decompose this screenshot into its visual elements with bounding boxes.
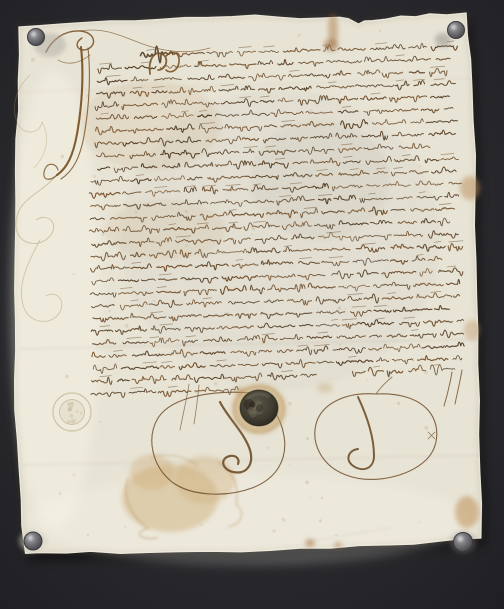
fastener-pin-bottom-left — [24, 532, 42, 550]
foxing-speck — [210, 38, 211, 39]
stamp-relief-dot — [67, 420, 70, 423]
foxing-speck — [309, 496, 310, 497]
stamp-relief-dot — [70, 414, 74, 418]
pin-glint — [451, 25, 456, 30]
foxing-speck — [321, 497, 324, 500]
stamp-relief-dot — [76, 411, 78, 413]
foxing-speck — [437, 106, 438, 107]
foxing-speck — [61, 155, 65, 159]
manuscript-photo — [0, 0, 504, 609]
pin-head — [454, 533, 473, 552]
fastener-pin-top-right — [448, 22, 465, 39]
foxing-speck — [124, 526, 126, 528]
seal-wax-lump — [250, 411, 257, 418]
foxing-speck — [267, 447, 269, 449]
foxing-speck — [319, 519, 322, 522]
stain — [455, 496, 479, 528]
pin-glint — [28, 535, 33, 540]
fastener-pin-top-left — [28, 29, 45, 46]
foxing-speck — [369, 394, 370, 395]
photo-canvas — [0, 0, 504, 609]
pin-head — [448, 22, 465, 39]
stamp-relief-dot — [80, 412, 83, 415]
foxing-speck — [65, 375, 68, 378]
stain — [130, 454, 174, 490]
foxing-speck — [214, 382, 218, 386]
stamp-relief-dot — [68, 408, 72, 412]
foxing-speck — [272, 529, 276, 533]
foxing-speck — [298, 34, 301, 37]
foxing-speck — [59, 492, 62, 495]
foxing-speck — [99, 411, 100, 412]
foxing-speck — [72, 473, 76, 477]
seal-wax-lump — [256, 404, 264, 412]
foxing-speck — [305, 480, 309, 484]
foxing-speck — [288, 402, 292, 406]
foxing-speck — [417, 521, 421, 525]
foxing-speck — [93, 175, 96, 178]
foxing-speck — [335, 535, 337, 537]
foxing-speck — [282, 518, 286, 522]
foxing-speck — [379, 30, 382, 33]
foxing-speck — [108, 310, 111, 313]
stamp-relief-dot — [71, 419, 76, 424]
foxing-speck — [109, 349, 111, 351]
stain — [460, 176, 480, 200]
foxing-speck — [306, 437, 309, 440]
stain — [175, 456, 235, 504]
foxing-speck — [101, 29, 103, 31]
foxing-speck — [425, 426, 429, 430]
foxing-speck — [102, 233, 105, 236]
foxing-speck — [99, 421, 101, 423]
stain — [464, 320, 480, 340]
foxing-speck — [424, 371, 428, 375]
pin-glint — [457, 536, 462, 541]
foxing-speck — [73, 273, 75, 275]
foxing-speck — [397, 402, 400, 405]
foxing-speck — [31, 58, 35, 62]
pin-head — [28, 29, 45, 46]
wax-seal — [232, 384, 286, 434]
fastener-pin-bottom-right — [454, 533, 473, 552]
foxing-speck — [125, 324, 129, 328]
foxing-speck — [87, 534, 90, 537]
foxing-speck — [255, 490, 257, 492]
foxing-speck — [449, 69, 450, 70]
pin-head — [24, 532, 42, 550]
pin-glint — [31, 32, 36, 37]
foxing-speck — [289, 464, 291, 466]
stamp-relief-dot — [71, 402, 74, 405]
stain — [334, 542, 342, 548]
foxing-speck — [367, 380, 369, 382]
